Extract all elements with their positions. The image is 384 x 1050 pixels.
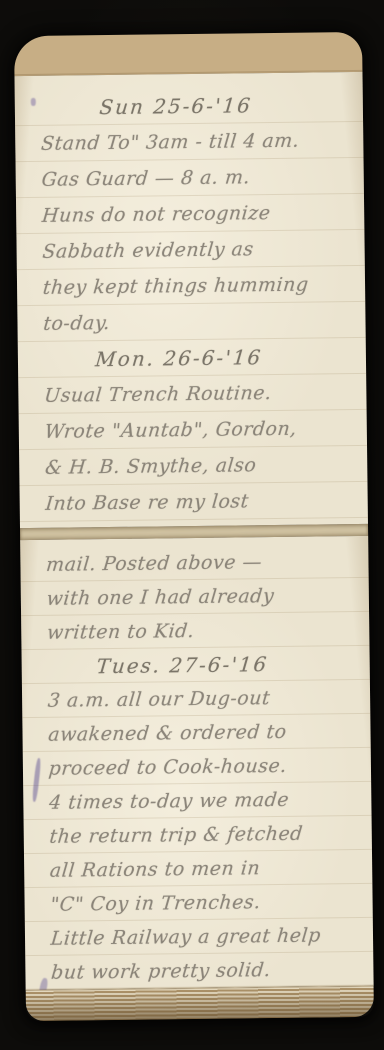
handwriting-line: 3 a.m. all our Dug-out <box>22 680 373 718</box>
handwriting-line: awakened & ordered to <box>23 714 374 752</box>
handwriting-line: Usual Trench Routine. <box>19 374 370 414</box>
handwriting-line: 4 times to-day we made <box>24 782 375 820</box>
photo-background: { "photo": { "background_color": "#0d0c0… <box>0 0 384 1050</box>
handwriting-line: Stand To" 3am - till 4 am. <box>16 122 367 162</box>
handwriting-line: they kept things humming <box>17 266 368 306</box>
date-heading: Mon. 26-6-'16 <box>18 338 369 378</box>
handwriting-line: the return trip & fetched <box>24 816 375 854</box>
handwriting-line: Into Base re my lost <box>20 482 371 522</box>
notebook: Sun 25-6-'16Stand To" 3am - till 4 am.Ga… <box>14 32 374 1021</box>
page-edge-stack-top <box>14 32 362 76</box>
handwriting-line: Little Railway a great help <box>25 918 376 956</box>
handwriting-line: Wrote "Auntab", Gordon, <box>19 410 370 450</box>
handwriting-line: Sabbath evidently as <box>17 230 368 270</box>
handwriting-line: Gas Guard — 8 a. m. <box>16 158 367 198</box>
handwriting-line: proceed to Cook-house. <box>23 748 374 786</box>
handwriting-line: "C" Coy in Trenches. <box>25 884 376 922</box>
handwriting-line: Huns do not recognize <box>16 194 367 234</box>
date-heading: Sun 25-6-'16 <box>15 86 366 126</box>
handwriting-line: to-day. <box>18 302 369 342</box>
handwriting-line: mail. Posted above — <box>21 544 372 582</box>
diary-page-top: Sun 25-6-'16Stand To" 3am - till 4 am.Ga… <box>14 72 367 528</box>
diary-page-bottom: mail. Posted above —with one I had alrea… <box>20 536 373 990</box>
handwriting-line: written to Kid. <box>21 612 372 650</box>
handwriting-line: & H. B. Smythe, also <box>19 446 370 486</box>
handwriting-line: all Rations to men in <box>24 850 375 888</box>
page-edge-stack-bottom <box>26 986 374 1021</box>
date-heading: Tues. 27-6-'16 <box>22 646 373 684</box>
handwriting-line: with one I had already <box>21 578 372 616</box>
